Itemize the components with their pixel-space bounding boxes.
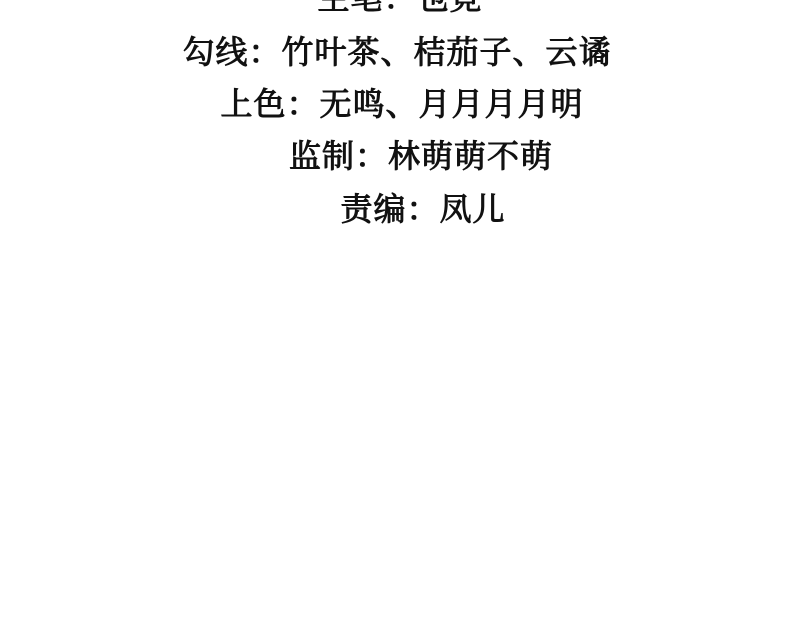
credit-role: 勾线 bbox=[182, 33, 248, 71]
credit-role: 责编 bbox=[340, 190, 406, 228]
credit-names: 林萌萌不萌 bbox=[388, 137, 553, 175]
credit-separator: ： bbox=[355, 137, 388, 175]
credit-separator: ： bbox=[406, 190, 439, 228]
credit-names: 也竞 bbox=[417, 0, 483, 17]
credit-names: 竹叶茶、桔茄子、云谲 bbox=[282, 33, 612, 71]
credit-names: 凤儿 bbox=[440, 190, 506, 228]
credit-role: 上色 bbox=[220, 85, 286, 123]
credit-separator: ： bbox=[383, 0, 416, 17]
credit-line-editor: 责编：凤儿 bbox=[23, 189, 800, 229]
credit-line-lead-artist: 主笔：也竞 bbox=[0, 0, 800, 18]
credit-separator: ： bbox=[248, 33, 281, 71]
credit-line-lineart: 勾线：竹叶茶、桔茄子、云谲 bbox=[0, 32, 797, 72]
credit-separator: ： bbox=[286, 85, 319, 123]
credit-role: 主笔 bbox=[317, 0, 383, 17]
credit-line-coloring: 上色：无鸣、月月月月明 bbox=[2, 84, 800, 124]
credit-names: 无鸣、月月月月明 bbox=[320, 85, 584, 123]
credit-role: 监制 bbox=[289, 137, 355, 175]
credit-line-supervisor: 监制：林萌萌不萌 bbox=[21, 136, 800, 176]
